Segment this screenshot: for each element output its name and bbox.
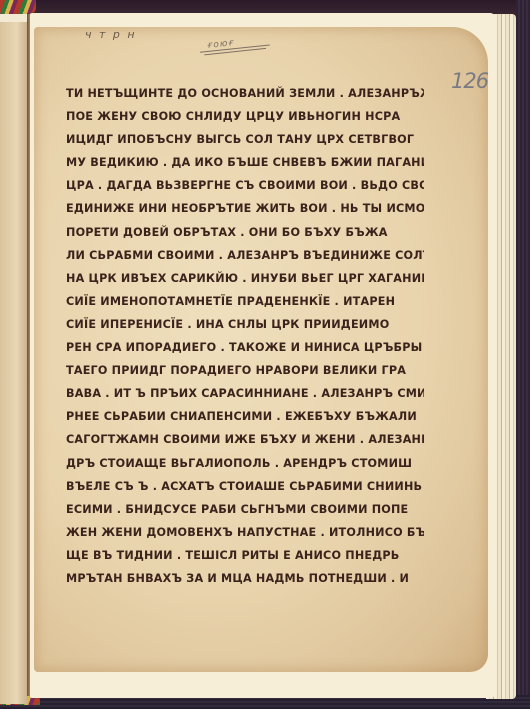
text-line: цра . дагда вьзвергне съ своими вои . вь… (66, 174, 424, 197)
folio-number: 126 (451, 69, 488, 93)
text-line: ли сьрабми своими . алезанръ въединиже с… (66, 244, 424, 267)
left-page-edge (0, 14, 28, 704)
text-line: рнее сьрабии сниапенсими . ежебъху бъжал… (66, 405, 424, 428)
headband (0, 0, 36, 14)
manuscript-text: ти нетъщинте до оснований земли . алезан… (66, 82, 424, 590)
text-line: му ведикию . да ико бъше снвевъ бжии паг… (66, 151, 424, 174)
binding-cover-right (516, 0, 530, 709)
text-line: мрътан бнвахъ за и мца надмь потнедши . … (66, 567, 424, 590)
text-line: сиїе иперенисїе . ина снлы црк приидеимо (66, 313, 424, 336)
marginal-pencil-note: ч т р н (85, 28, 137, 41)
text-line: дръ стоиаще вьгалиополь . арендръ стомиш (66, 452, 424, 475)
text-line: порети довей обрътах . они бо бъху бъжа (66, 221, 424, 244)
text-line: на црк ивъех сарикйю . инуби вьег црг ха… (66, 267, 424, 290)
text-line: таего приидг порадиего нравори велики гр… (66, 359, 424, 382)
text-line: пое жену свою снлиду црцу ивьногин нсра (66, 105, 424, 128)
text-line: въеле съ ъ . асхатъ стоиаше сьрабими сни… (66, 475, 424, 498)
text-line: ти нетъщинте до оснований земли . алезан… (66, 82, 424, 105)
text-line: единиже ини необрътие жить вои . нь ты и… (66, 197, 424, 220)
text-line: есими . бнидсусе раби сьгнъми своими поп… (66, 498, 424, 521)
text-line: сагогтжамн своими иже бъху и жени . алез… (66, 428, 424, 451)
text-line: вава . ит ъ пръих сарасинниане . алезанр… (66, 382, 424, 405)
text-line: ицидг ипобъсну выгсь сол тану црх сетвгв… (66, 128, 424, 151)
text-line: сиїе именопотамнетїе прадененкїе . итаре… (66, 290, 424, 313)
text-line: рен сра ипорадиего . такоже и ниниса цръ… (66, 336, 424, 359)
text-line: ще въ тиднии . тешісл риты е анисо пнедр… (66, 544, 424, 567)
text-line: жен жени домовенхъ напустнае . итолнисо … (66, 521, 424, 544)
